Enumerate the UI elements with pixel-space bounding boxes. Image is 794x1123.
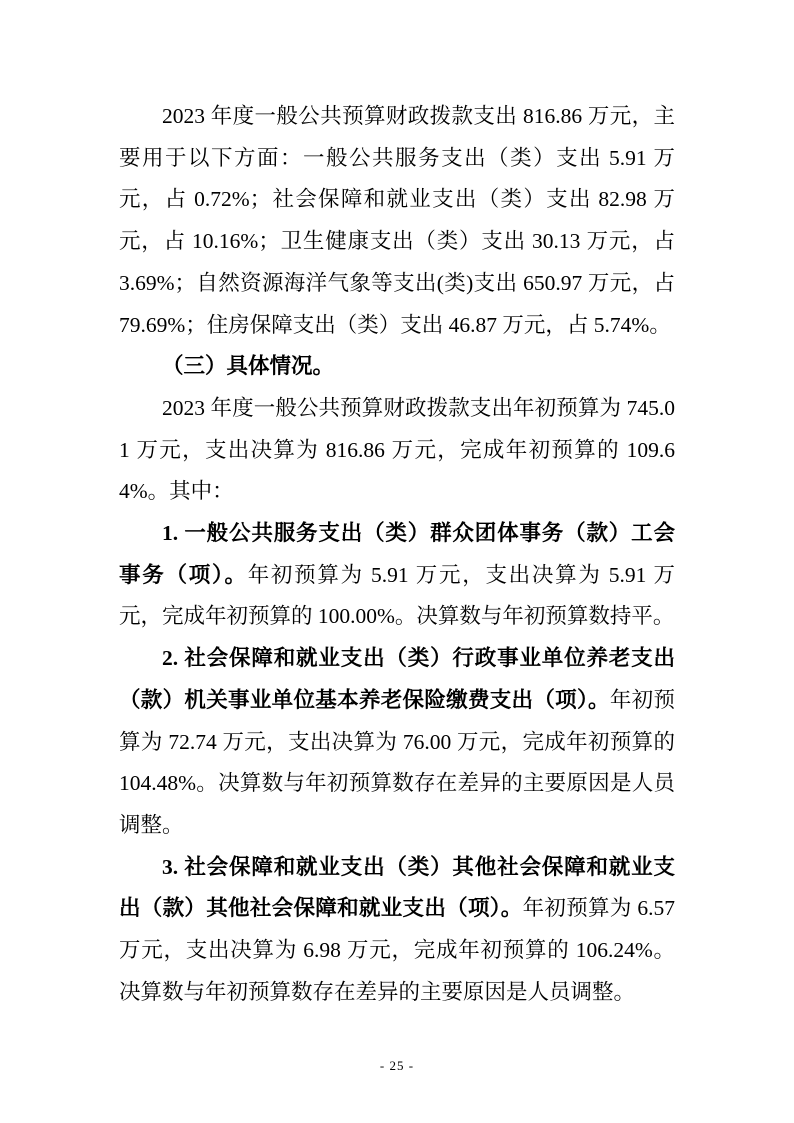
paragraph-expenditure-overview: 2023 年度一般公共预算财政拨款支出 816.86 万元，主要用于以下方面：一… <box>119 96 675 346</box>
paragraph-budget-summary: 2023 年度一般公共预算财政拨款支出年初预算为 745.01 万元，支出决算为… <box>119 388 675 513</box>
page-number: - 25 - <box>380 1058 414 1073</box>
budget-item-2: 2. 社会保障和就业支出（类）行政事业单位养老支出（款）机关事业单位基本养老保险… <box>119 638 675 847</box>
heading-specific-situation: （三）具体情况。 <box>119 346 675 388</box>
page-body: 2023 年度一般公共预算财政拨款支出 816.86 万元，主要用于以下方面：一… <box>119 96 675 1013</box>
document-page: 2023 年度一般公共预算财政拨款支出 816.86 万元，主要用于以下方面：一… <box>0 0 794 1123</box>
budget-item-1: 1. 一般公共服务支出（类）群众团体事务（款）工会事务（项）。年初预算为 5.9… <box>119 513 675 638</box>
budget-item-2-title: 2. 社会保障和就业支出（类）行政事业单位养老支出（款）机关事业单位基本养老保险… <box>119 646 675 712</box>
budget-item-3: 3. 社会保障和就业支出（类）其他社会保障和就业支出（款）其他社会保障和就业支出… <box>119 847 675 1014</box>
page-footer: - 25 - <box>0 1057 794 1075</box>
